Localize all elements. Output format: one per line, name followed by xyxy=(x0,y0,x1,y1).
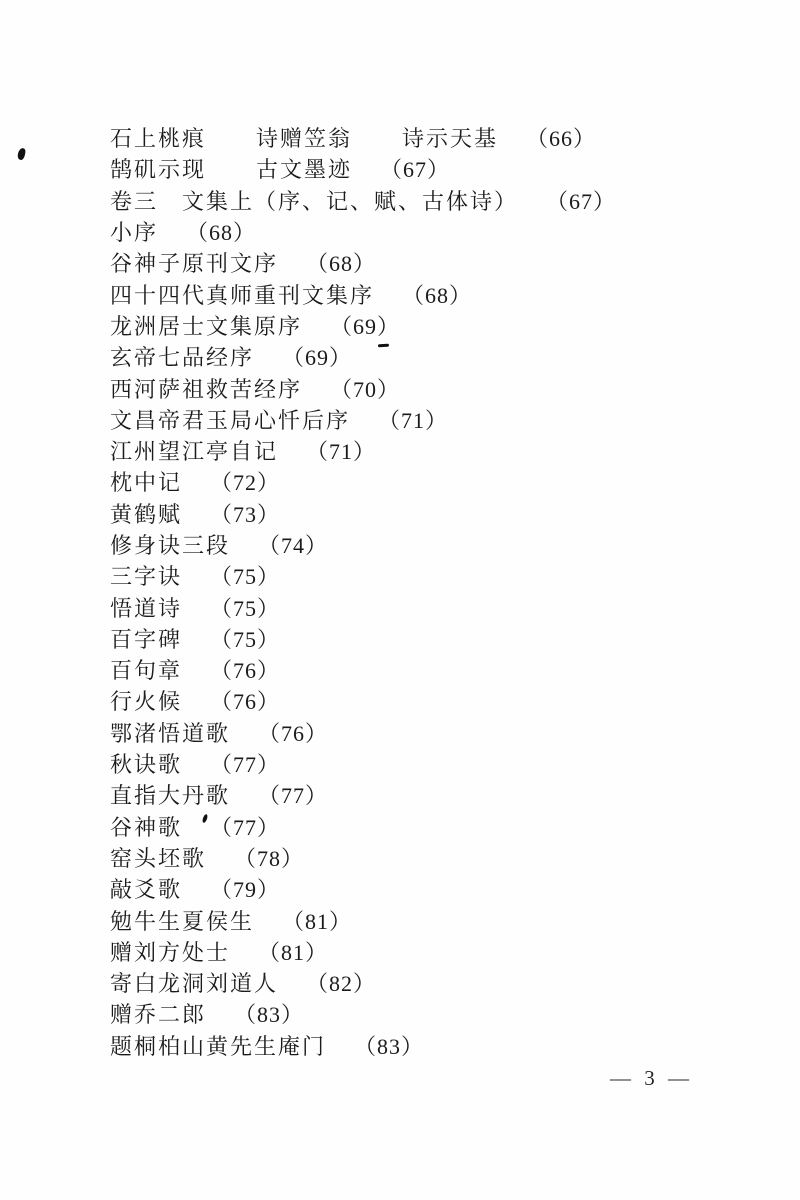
toc-line: 鄂渚悟道歌（76） xyxy=(110,717,770,748)
toc-line: 百字碑（75） xyxy=(110,623,770,654)
toc-line: 赠刘方处士（81） xyxy=(110,936,770,967)
toc-entry-title: 行火候 xyxy=(110,685,182,716)
toc-line: 小序（68） xyxy=(110,216,770,247)
toc-line: 勉牛生夏侯生（81） xyxy=(110,904,770,935)
toc-page-number: （67） xyxy=(380,153,450,184)
toc-entry-title: 龙洲居士文集原序 xyxy=(110,310,302,341)
toc-page-number: （75） xyxy=(210,560,280,591)
toc-line: 卷三 文集上（序、记、赋、古体诗）（67） xyxy=(110,185,770,216)
toc-page-number: （75） xyxy=(210,623,280,654)
toc-entry-title: 寄白龙洞刘道人 xyxy=(110,967,278,998)
toc-page-number: （76） xyxy=(210,654,280,685)
toc-line: 谷神歌（77） xyxy=(110,811,770,842)
toc-page-number: （71） xyxy=(378,404,448,435)
toc-page-number: （76） xyxy=(210,685,280,716)
toc-page-number: （66） xyxy=(526,122,596,153)
toc-line: 行火候（76） xyxy=(110,685,770,716)
toc-entry-title: 鄂渚悟道歌 xyxy=(110,717,230,748)
toc-line: 百句章（76） xyxy=(110,654,770,685)
toc-entry-title: 玄帝七品经序 xyxy=(110,341,254,372)
scanned-book-page: 石上桃痕诗赠笠翁诗示天基（66）鹄矶示现古文墨迹（67）卷三 文集上（序、记、赋… xyxy=(0,0,800,1200)
toc-line: 龙洲居士文集原序（69） xyxy=(110,310,770,341)
toc-entry-title: 谷神子原刊文序 xyxy=(110,247,278,278)
toc-entry-title: 直指大丹歌 xyxy=(110,779,230,810)
toc-entry-title: 修身诀三段 xyxy=(110,529,230,560)
toc-entry-title: 百句章 xyxy=(110,654,182,685)
toc-line: 秋诀歌（77） xyxy=(110,748,770,779)
toc-page-number: （69） xyxy=(330,310,400,341)
toc-page-number: （78） xyxy=(234,842,304,873)
toc-line: 赠乔二郎（83） xyxy=(110,998,770,1029)
toc-line: 枕中记（72） xyxy=(110,466,770,497)
scan-speck xyxy=(17,147,26,160)
toc-page-number: （79） xyxy=(210,873,280,904)
toc-line: 江州望江亭自记（71） xyxy=(110,435,770,466)
toc-entry-title: 赠刘方处士 xyxy=(110,936,230,967)
toc-page-number: （76） xyxy=(258,717,328,748)
toc-entry-title: 悟道诗 xyxy=(110,592,182,623)
toc-line: 悟道诗（75） xyxy=(110,591,770,622)
toc-entry-title: 三字诀 xyxy=(110,560,182,591)
toc-line: 黄鹤赋（73） xyxy=(110,498,770,529)
toc-entry-title: 秋诀歌 xyxy=(110,748,182,779)
toc-entry-title: 文昌帝君玉局心忏后序 xyxy=(110,404,350,435)
toc-line: 窑头坯歌（78） xyxy=(110,842,770,873)
toc-line: 题桐柏山黄先生庵门（83） xyxy=(110,1030,770,1061)
toc-list: 石上桃痕诗赠笠翁诗示天基（66）鹄矶示现古文墨迹（67）卷三 文集上（序、记、赋… xyxy=(110,122,770,1061)
toc-entry-title: 诗赠笠翁 xyxy=(256,122,352,153)
toc-entry-title: 勉牛生夏侯生 xyxy=(110,905,254,936)
toc-line: 玄帝七品经序（69） xyxy=(110,341,770,372)
toc-entry-title: 百字碑 xyxy=(110,623,182,654)
toc-entry-title: 赠乔二郎 xyxy=(110,998,206,1029)
toc-line: 西河萨祖救苦经序（70） xyxy=(110,372,770,403)
toc-entry-title: 题桐柏山黄先生庵门 xyxy=(110,1030,326,1061)
toc-line: 三字诀（75） xyxy=(110,560,770,591)
toc-entry-title: 枕中记 xyxy=(110,466,182,497)
toc-entry-title: 诗示天基 xyxy=(402,122,498,153)
toc-page-number: （77） xyxy=(210,748,280,779)
toc-page-number: （72） xyxy=(210,466,280,497)
toc-entry-title: 西河萨祖救苦经序 xyxy=(110,373,302,404)
toc-page-number: （67） xyxy=(546,185,616,216)
toc-page-number: （83） xyxy=(354,1030,424,1061)
toc-line: 鹄矶示现古文墨迹（67） xyxy=(110,153,770,184)
toc-entry-title: 黄鹤赋 xyxy=(110,498,182,529)
toc-entry-title: 窑头坯歌 xyxy=(110,842,206,873)
toc-entry-title: 小序 xyxy=(110,216,158,247)
toc-entry-title: 江州望江亭自记 xyxy=(110,435,278,466)
toc-page-number: （77） xyxy=(210,811,280,842)
toc-line: 石上桃痕诗赠笠翁诗示天基（66） xyxy=(110,122,770,153)
toc-entry-title: 古文墨迹 xyxy=(256,153,352,184)
toc-line: 直指大丹歌（77） xyxy=(110,779,770,810)
toc-entry-title: 谷神歌 xyxy=(110,811,182,842)
toc-entry-title: 鹄矶示现 xyxy=(110,153,206,184)
toc-line: 谷神子原刊文序（68） xyxy=(110,247,770,278)
toc-line: 敲爻歌（79） xyxy=(110,873,770,904)
toc-page-number: （68） xyxy=(402,279,472,310)
toc-page-number: （68） xyxy=(306,247,376,278)
toc-line: 文昌帝君玉局心忏后序（71） xyxy=(110,404,770,435)
toc-page-number: （68） xyxy=(186,216,256,247)
toc-page-number: （69） xyxy=(282,341,352,372)
toc-page-number: （71） xyxy=(306,435,376,466)
toc-page-number: （73） xyxy=(210,498,280,529)
toc-page-number: （83） xyxy=(234,998,304,1029)
toc-page-number: （74） xyxy=(258,529,328,560)
toc-line: 修身诀三段（74） xyxy=(110,529,770,560)
toc-page-number: （82） xyxy=(306,967,376,998)
toc-page-number: （75） xyxy=(210,592,280,623)
toc-page-number: （81） xyxy=(258,936,328,967)
toc-entry-title: 石上桃痕 xyxy=(110,122,206,153)
toc-line: 四十四代真师重刊文集序（68） xyxy=(110,278,770,309)
toc-entry-title: 四十四代真师重刊文集序 xyxy=(110,279,374,310)
toc-page-number: （70） xyxy=(330,373,400,404)
toc-page-number: （81） xyxy=(282,905,352,936)
toc-entry-title: 卷三 文集上（序、记、赋、古体诗） xyxy=(110,185,518,216)
toc-line: 寄白龙洞刘道人（82） xyxy=(110,967,770,998)
page-number-footer: — 3 — xyxy=(610,1066,693,1091)
toc-page-number: （77） xyxy=(258,779,328,810)
toc-entry-title: 敲爻歌 xyxy=(110,873,182,904)
